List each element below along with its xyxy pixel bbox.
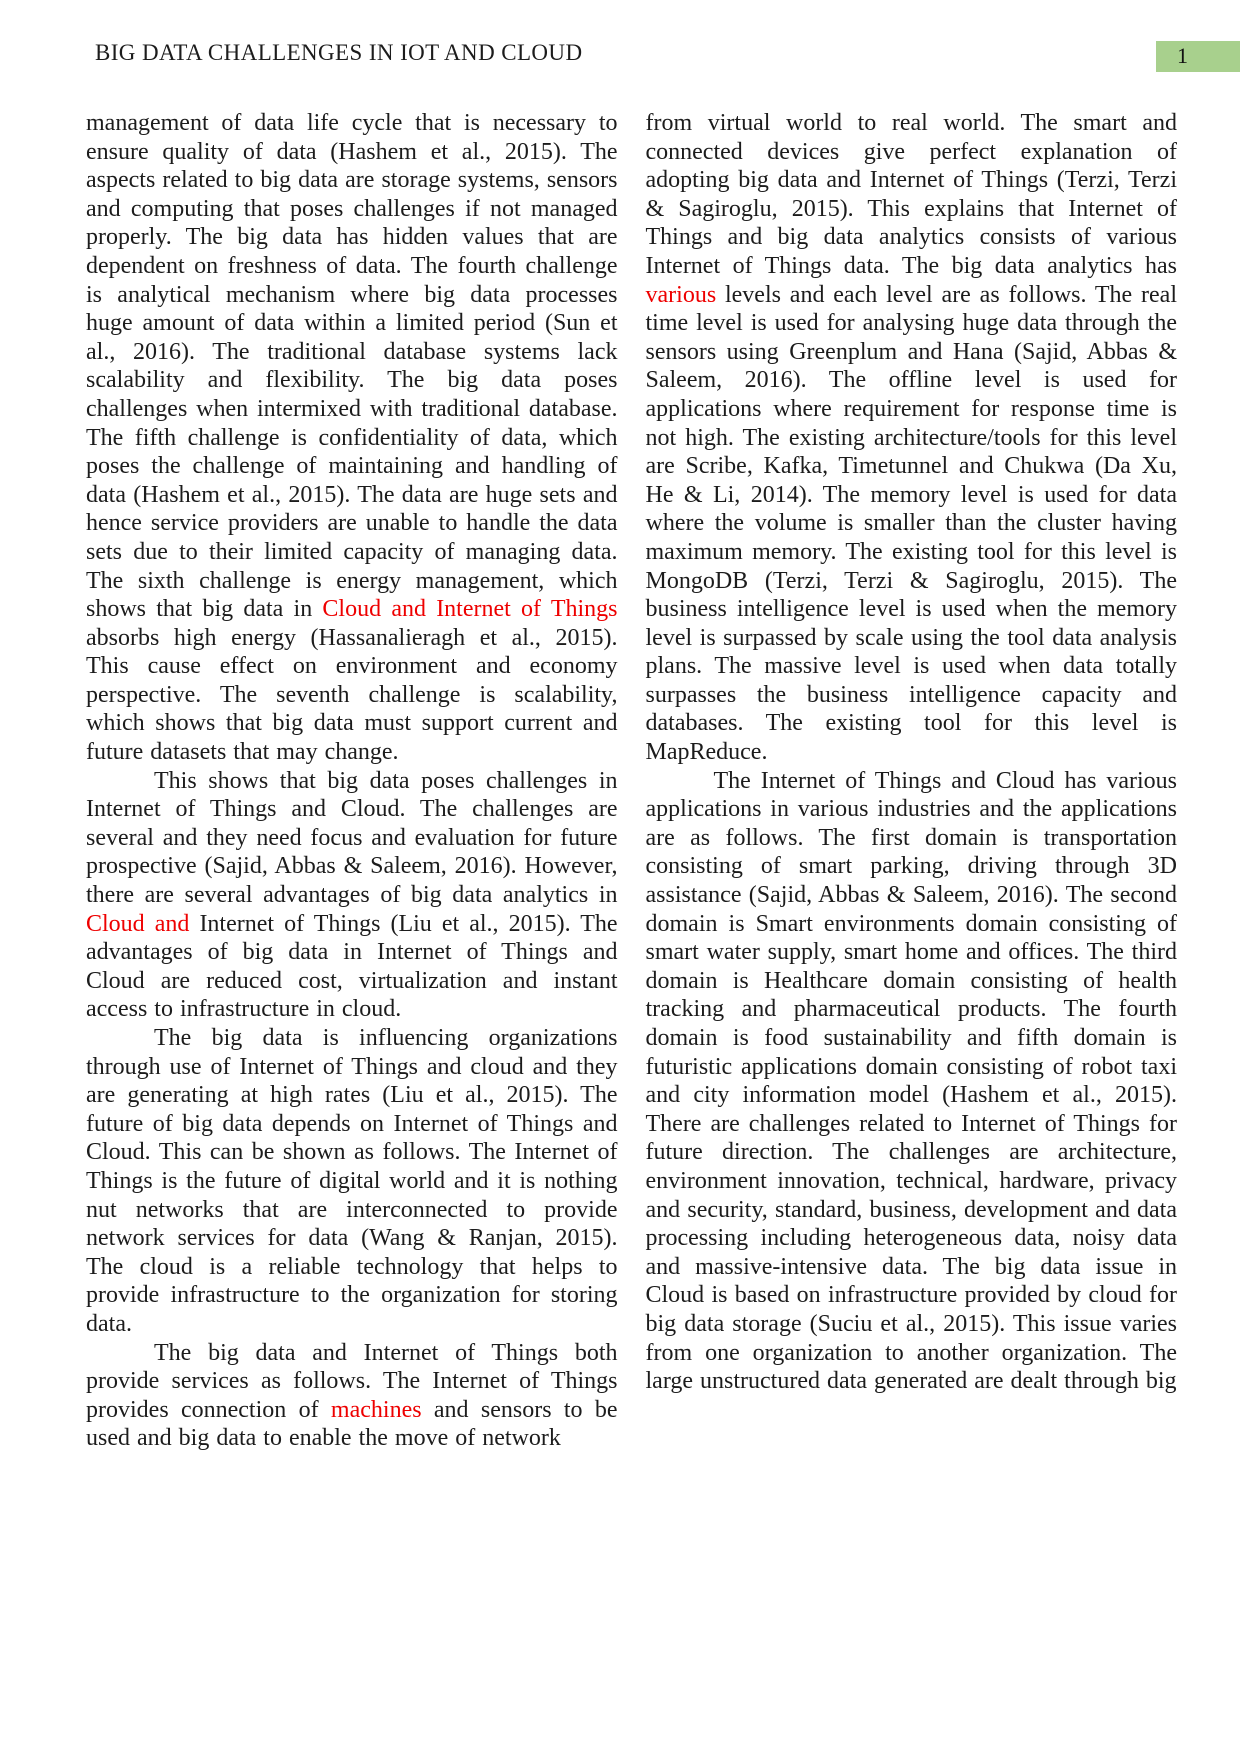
text-run: This shows that big data poses challenge…	[86, 768, 618, 908]
paragraph: The big data is influencing organization…	[86, 1024, 618, 1339]
text-run: The Internet of Things and Cloud has var…	[646, 768, 1178, 1394]
text-run-red: machines	[331, 1397, 422, 1423]
paragraph: The Internet of Things and Cloud has var…	[646, 767, 1178, 1396]
paragraph: management of data life cycle that is ne…	[86, 109, 618, 767]
running-head-title: BIG DATA CHALLENGES IN IOT AND CLOUD	[95, 39, 582, 66]
paragraph: The big data and Internet of Things both…	[86, 1339, 618, 1453]
paragraph: from virtual world to real world. The sm…	[646, 109, 1178, 767]
page-number-badge: 1	[1156, 41, 1240, 72]
text-run: from virtual world to real world. The sm…	[646, 110, 1178, 279]
text-run-red: Cloud and Internet of Things	[322, 596, 617, 622]
page-number: 1	[1156, 41, 1240, 71]
document-body: management of data life cycle that is ne…	[86, 109, 1177, 1453]
text-run-red: various	[646, 282, 717, 308]
document-page: BIG DATA CHALLENGES IN IOT AND CLOUD 1 m…	[0, 0, 1241, 1754]
paragraph: This shows that big data poses challenge…	[86, 767, 618, 1024]
text-run: management of data life cycle that is ne…	[86, 110, 618, 622]
text-run: absorbs high energy (Hassanalieragh et a…	[86, 625, 618, 765]
text-run-red: Cloud and	[86, 911, 189, 937]
right-column: from virtual world to real world. The sm…	[646, 109, 1178, 1453]
text-run: The big data is influencing organization…	[86, 1025, 618, 1337]
text-run: levels and each level are as follows. Th…	[646, 282, 1178, 766]
left-column: management of data life cycle that is ne…	[86, 109, 618, 1453]
